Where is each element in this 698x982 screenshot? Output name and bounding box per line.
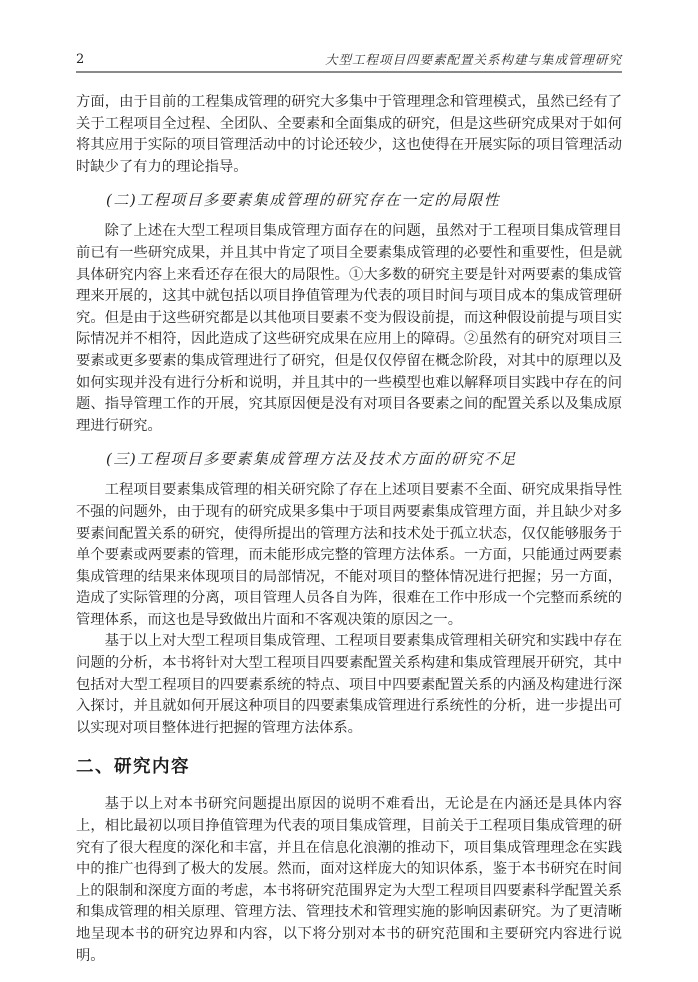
paragraph-methods-insufficiency: 工程项目要素集成管理的相关研究除了存在上述项目要素不全面、研究成果指导性不强的问… — [76, 480, 622, 631]
subheading-methods-insufficiency: (三)工程项目多要素集成管理方法及技术方面的研究不足 — [76, 449, 622, 470]
page-number: 2 — [76, 52, 84, 68]
running-title: 大型工程项目四要素配置关系构建与集成管理研究 — [325, 52, 622, 68]
subheading-limitations: (二)工程项目多要素集成管理的研究存在一定的局限性 — [76, 190, 622, 211]
paragraph-intro-continuation: 方面，由于目前的工程集成管理的研究大多集中于管理理念和管理模式，虽然已经有了关于… — [76, 92, 622, 178]
paragraph-research-scope: 基于以上对本书研究问题提出原因的说明不难看出，无论是在内涵还是具体内容上，相比最… — [76, 794, 622, 967]
paragraph-research-basis: 基于以上对大型工程项目集成管理、工程项目要素集成管理相关研究和实践中存在问题的分… — [76, 631, 622, 739]
page-body: 方面，由于目前的工程集成管理的研究大多集中于管理理念和管理模式，虽然已经有了关于… — [76, 73, 622, 967]
page-header: 2 大型工程项目四要素配置关系构建与集成管理研究 — [76, 0, 622, 73]
section-heading-research-content: 二、研究内容 — [76, 755, 622, 779]
document-page: 2 大型工程项目四要素配置关系构建与集成管理研究 方面，由于目前的工程集成管理的… — [0, 0, 698, 982]
paragraph-limitations: 除了上述在大型工程项目集成管理方面存在的问题，虽然对于工程项目集成管理目前已有一… — [76, 221, 622, 437]
